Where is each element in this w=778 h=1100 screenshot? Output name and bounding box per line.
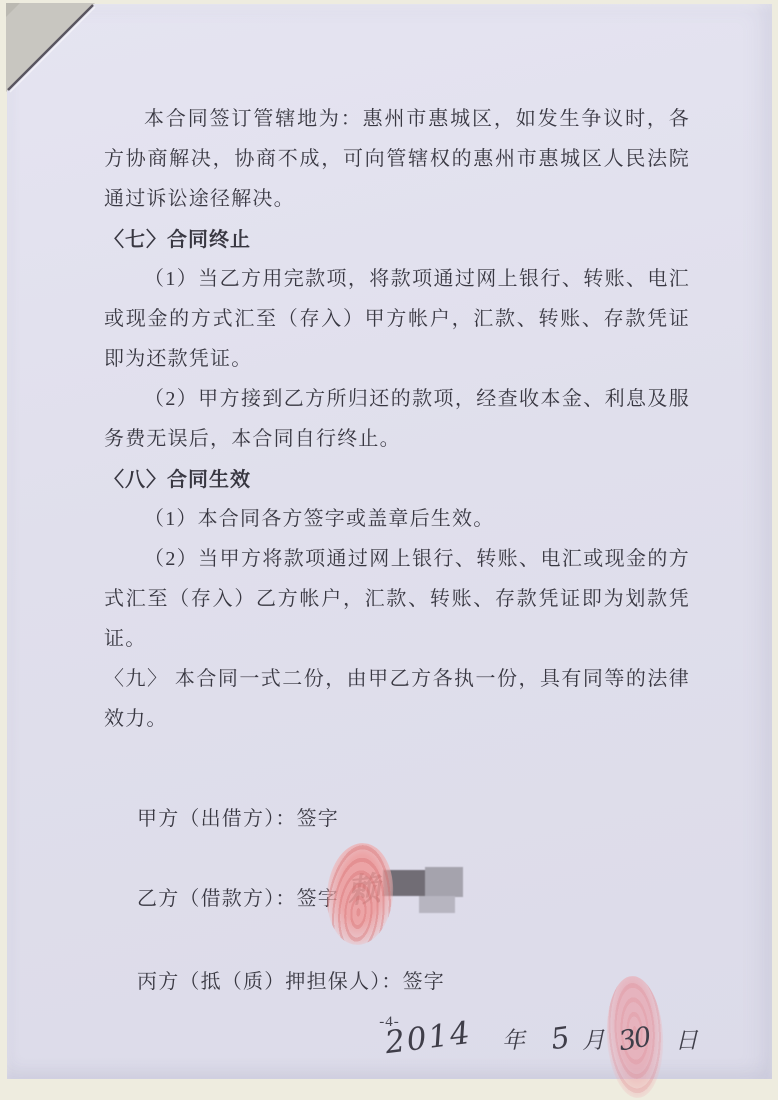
section-8-item-1: （1）本合同各方签字或盖章后生效。 <box>104 499 690 539</box>
handwritten-surname: 赖 <box>345 868 383 911</box>
redacted-name-mosaic <box>383 867 483 917</box>
party-b-signature-row: 乙方（借款方）：签字 赖 <box>137 879 690 919</box>
party-b-signature-area: 赖 <box>345 879 535 919</box>
paper-sheet: 本合同签订管辖地为：惠州市惠城区，如发生争议时，各方协商解决，协商不成，可向管辖… <box>7 4 772 1079</box>
section-7-item-1: （1）当乙方用完款项，将款项通过网上银行、转账、电汇或现金的方式汇至（存入）甲方… <box>104 259 690 379</box>
party-c-signature-label: 丙方（抵（质）押担保人）：签字 <box>137 971 445 993</box>
month-unit-character: 月 <box>582 1021 608 1062</box>
contract-body: 本合同签订管辖地为：惠州市惠城区，如发生争议时，各方协商解决，协商不成，可向管辖… <box>7 4 772 1070</box>
party-b-signature-label: 乙方（借款方）：签字 <box>137 888 339 910</box>
day-unit-character: 日 <box>675 1021 700 1061</box>
year-unit-character: 年 <box>501 1021 527 1062</box>
handwritten-day: 30 <box>616 1018 653 1063</box>
party-a-signature-label: 甲方（出借方）：签字 <box>137 808 339 830</box>
jurisdiction-clause: 本合同签订管辖地为：惠州市惠城区，如发生争议时，各方协商解决，协商不成，可向管辖… <box>104 99 690 219</box>
section-7-item-2: （2）甲方接到乙方所归还的款项，经查收本金、利息及服务费无误后，本合同自行终止。 <box>104 379 690 459</box>
section-8-heading: 〈八〉合同生效 <box>104 459 690 499</box>
section-9-clause: 〈九〉 本合同一式二份，由甲乙方各执一份，具有同等的法律效力。 <box>104 659 690 739</box>
scanned-contract-page: 本合同签订管辖地为：惠州市惠城区，如发生争议时，各方协商解决，协商不成，可向管辖… <box>0 0 778 1100</box>
party-c-signature-row: 丙方（抵（质）押担保人）：签字 <box>137 962 690 1002</box>
section-7-heading: 〈七〉合同终止 <box>104 219 690 259</box>
party-a-signature-row: 甲方（出借方）：签字 <box>137 799 690 839</box>
section-8-item-2: （2）当甲方将款项通过网上银行、转账、电汇或现金的方式汇至（存入）乙方帐户，汇款… <box>104 539 690 659</box>
